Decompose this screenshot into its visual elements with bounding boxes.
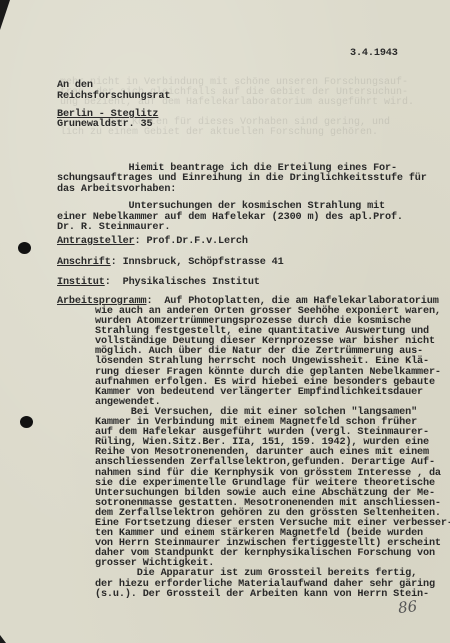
institute-value: : Physikalisches Institut <box>105 277 260 288</box>
program-line: anschliessenden Zerfallselektron,gefunde… <box>95 458 450 468</box>
applicant-value: : Prof.Dr.F.v.Lerch <box>135 236 248 247</box>
address-label: Anschrift <box>57 257 111 268</box>
project-line-3: Dr. R. Steinmaurer. <box>57 223 170 233</box>
address-value: : Innsbruck, Schöpfstrasse 41 <box>111 257 284 268</box>
applicant-field: Antragsteller: Prof.Dr.F.v.Lerch <box>57 237 248 247</box>
handwritten-page-number: 86 <box>397 597 418 617</box>
institute-field: Institut: Physikalisches Institut <box>57 278 260 288</box>
address-field: Anschrift: Innsbruck, Schöpfstrasse 41 <box>57 258 284 268</box>
recipient-line1: An den <box>57 81 93 91</box>
recipient-line2: Reichsforschungsrat <box>57 92 170 102</box>
project-line-1: Untersuchungen der kosmischen Strahlung … <box>57 202 385 212</box>
institute-label: Institut <box>57 277 105 288</box>
intro-line-3: das Arbeitsvorhaben: <box>57 185 176 195</box>
applicant-label: Antragsteller <box>57 236 135 247</box>
recipient-street: Grunewaldstr. 35 <box>57 120 152 130</box>
document-page: mehr nicht in Verbindung mit schöne unse… <box>0 0 450 643</box>
punch-hole <box>20 416 33 428</box>
program-body: wie auch an anderen Orten grosser Seehöh… <box>95 307 450 600</box>
letter-date: 3.4.1943 <box>350 49 398 59</box>
intro-line-2: schungsauftrages und Einreihung in die D… <box>57 174 427 184</box>
punch-hole <box>18 242 31 254</box>
